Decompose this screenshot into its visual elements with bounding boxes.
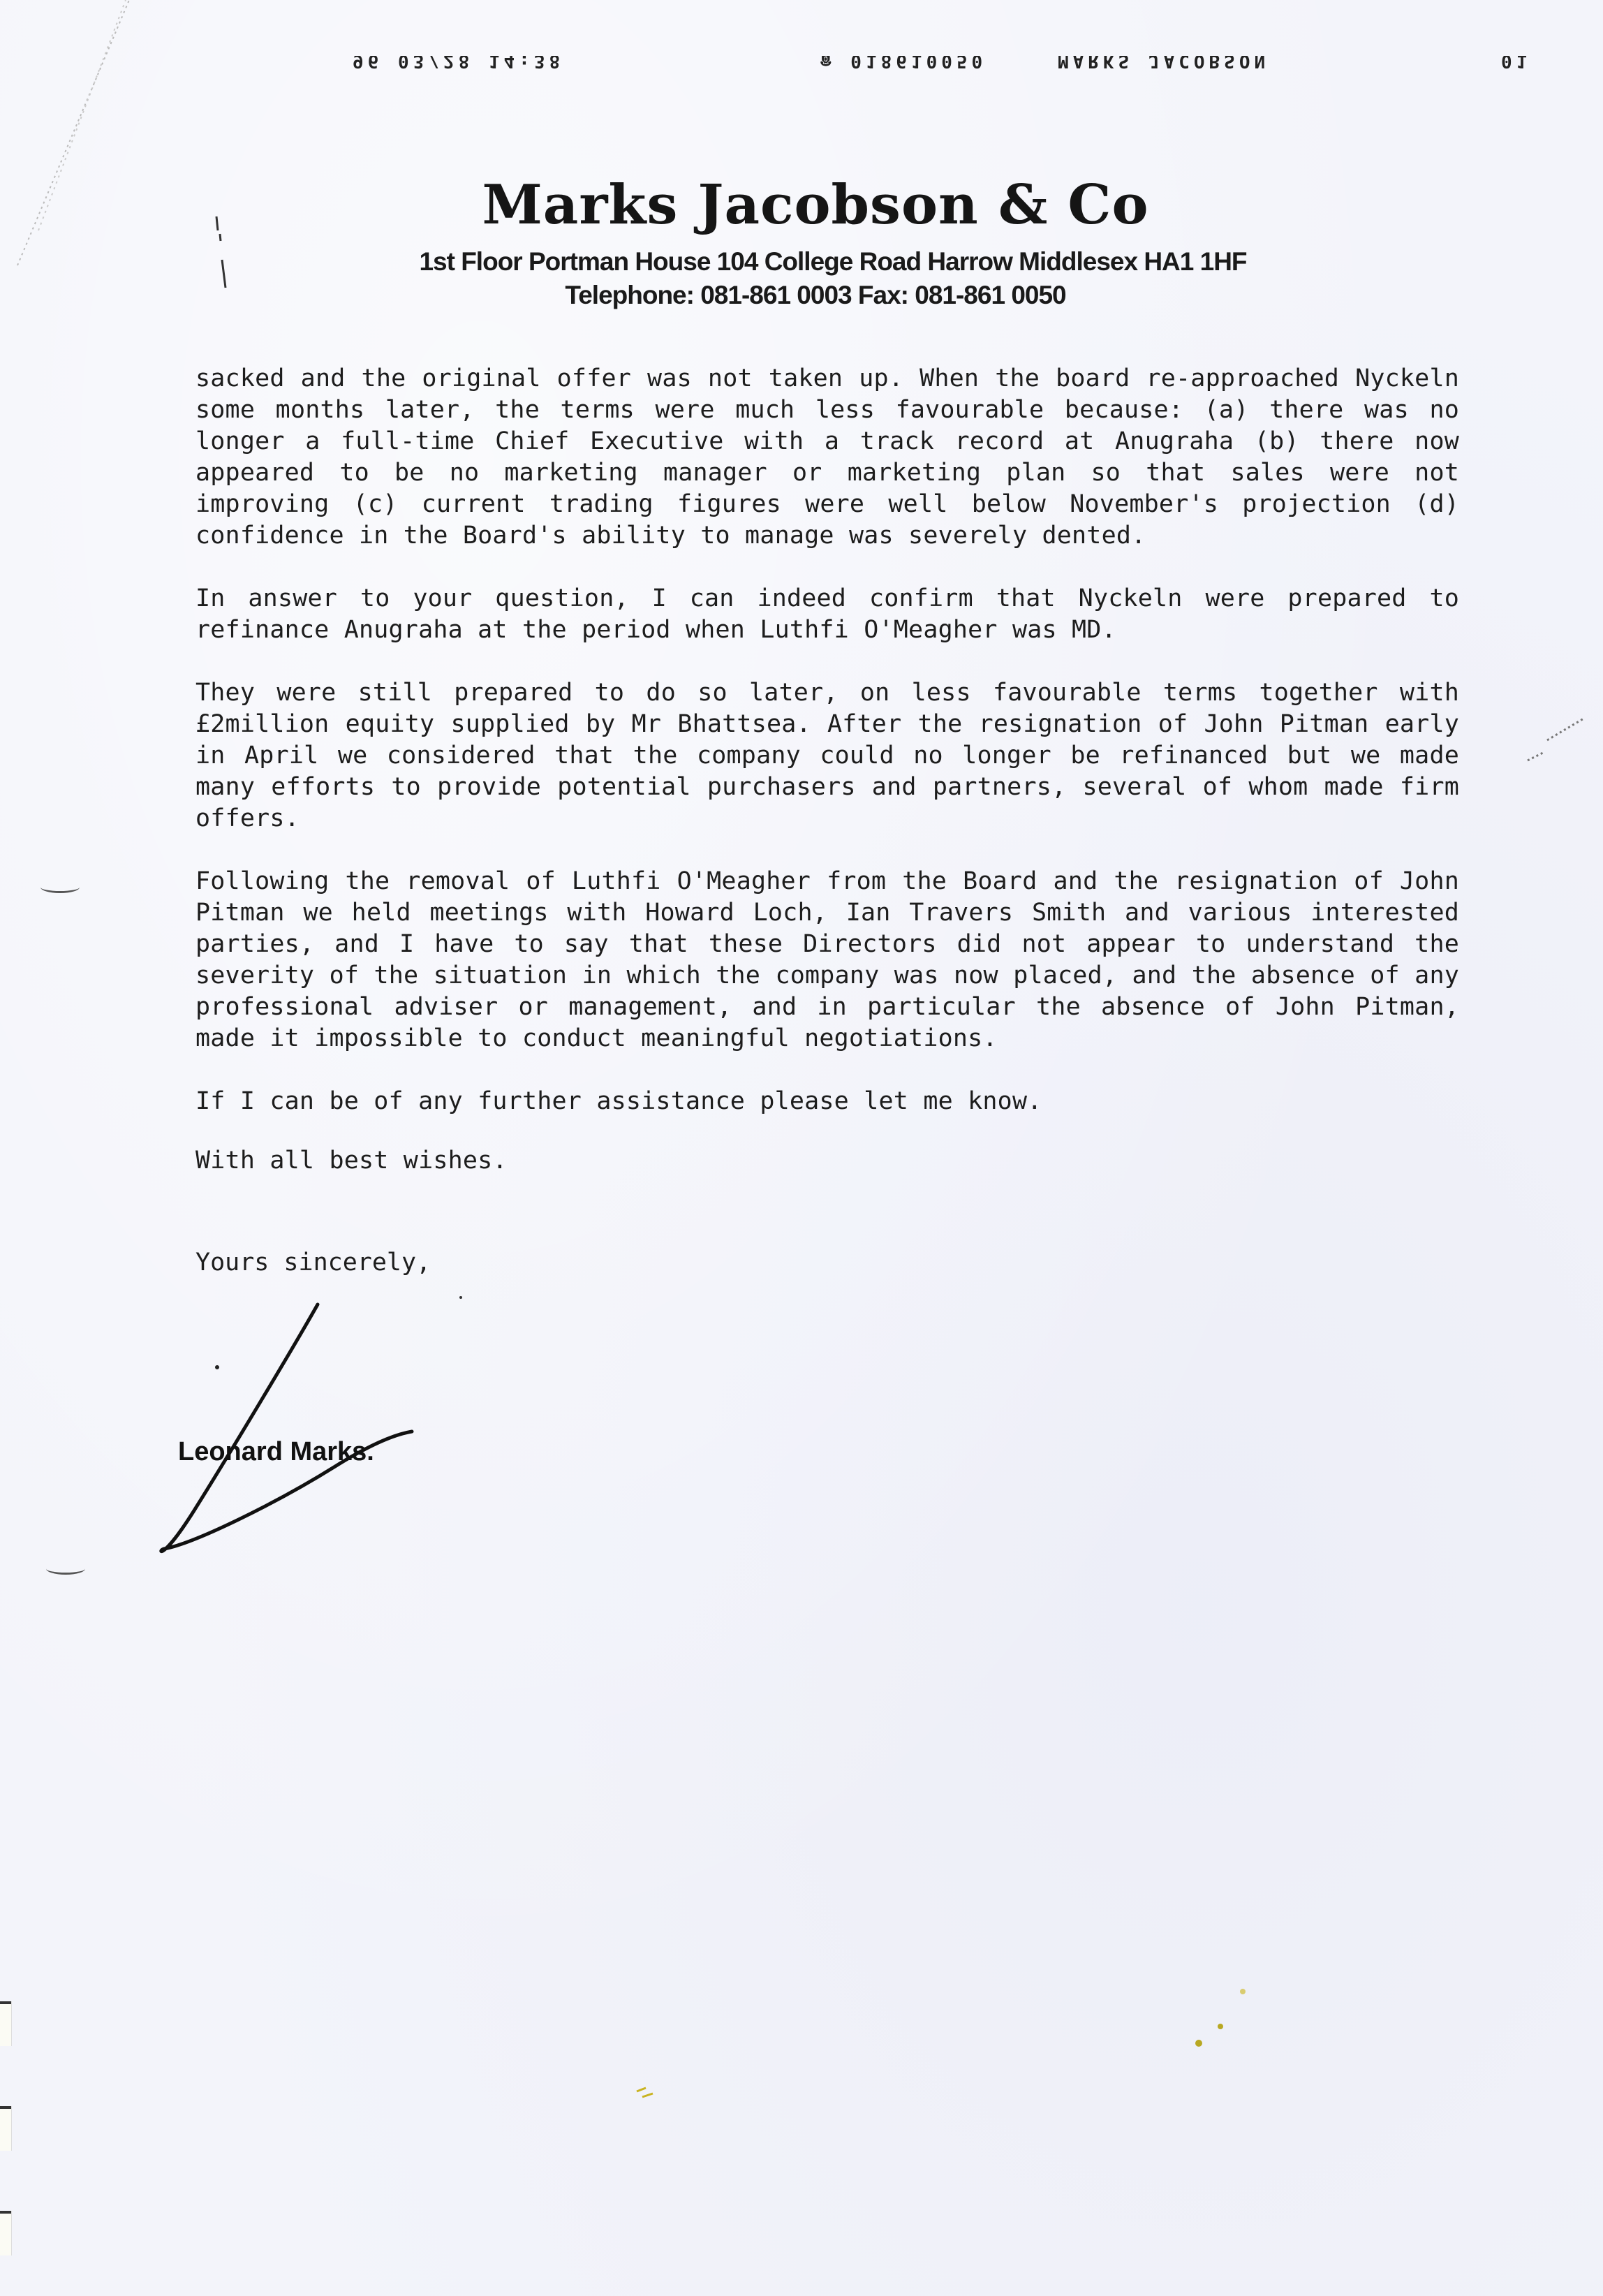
- firm-name: Marks Jacobson & Co: [28, 178, 1603, 233]
- punch-hole: [0, 2001, 12, 2046]
- firm-address: 1st Floor Portman House 104 College Road…: [63, 246, 1603, 277]
- letter-body: sacked and the original offer was not ta…: [195, 363, 1459, 1208]
- letterhead: Marks Jacobson & Co 1st Floor Portman Ho…: [0, 178, 1603, 311]
- fax-sender: MARKS JACOBSON: [1058, 56, 1269, 71]
- fax-transmission-header: 96 03/28 14:38 ☎ 018610050 MARKS JACOBSO…: [0, 56, 1603, 71]
- paragraph-wishes: With all best wishes.: [195, 1145, 1459, 1177]
- firm-contact: Telephone: 081-861 0003 Fax: 081-861 005…: [28, 280, 1603, 311]
- margin-mark: [40, 881, 80, 893]
- fax-number: ☎ 018610050: [820, 56, 987, 71]
- fax-page-number: 01: [1501, 56, 1531, 71]
- closing-salutation: Yours sincerely,: [195, 1249, 431, 1276]
- signer-name: Leonard Marks.: [178, 1437, 374, 1467]
- paragraph-meetings: Following the removal of Luthfi O'Meaghe…: [195, 866, 1459, 1054]
- fax-date-time: 96 03/28 14:38: [353, 56, 564, 71]
- punch-hole: [0, 2106, 12, 2151]
- paragraph-terms: sacked and the original offer was not ta…: [195, 363, 1459, 552]
- paragraph-assistance: If I can be of any further assistance pl…: [195, 1086, 1459, 1117]
- paragraph-confirmation: In answer to your question, I can indeed…: [195, 583, 1459, 646]
- paragraph-later-offers: They were still prepared to do so later,…: [195, 677, 1459, 834]
- margin-mark: [46, 1563, 85, 1575]
- punch-hole: [0, 2211, 12, 2255]
